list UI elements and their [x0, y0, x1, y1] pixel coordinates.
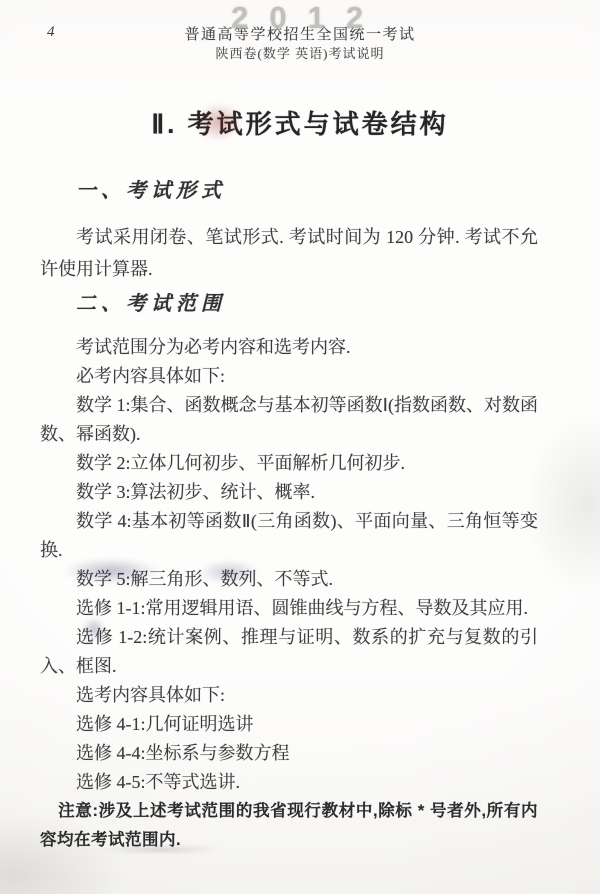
optional-item-elective4-1: 选修 4-1:几何证明选讲 — [40, 710, 538, 739]
required-item-math2: 数学 2:立体几何初步、平面解析几何初步. — [40, 449, 538, 478]
required-item-elective1-2: 选修 1-2:统计案例、推理与证明、数系的扩充与复数的引入、框图. — [40, 623, 538, 681]
optional-item-elective4-4: 选修 4-4:坐标系与参数方程 — [40, 739, 538, 768]
header-paper-name: 陕西卷(数学 英语)考试说明 — [0, 45, 600, 62]
required-content-label: 必考内容具体如下: — [40, 362, 538, 391]
required-item-math4: 数学 4:基本初等函数Ⅱ(三角函数)、平面向量、三角恒等变换. — [40, 507, 538, 565]
optional-item-elective4-5: 选修 4-5:不等式选讲. — [40, 768, 538, 797]
required-item-math1: 数学 1:集合、函数概念与基本初等函数Ⅰ(指数函数、对数函数、幂函数). — [40, 391, 538, 449]
section-heading-exam-scope: 二、考试范围 — [76, 292, 538, 316]
year-watermark: 2012 — [231, 0, 384, 36]
required-item-math3: 数学 3:算法初步、统计、概率. — [40, 478, 538, 507]
scope-intro: 考试范围分为必考内容和选考内容. — [40, 333, 538, 362]
paragraph-exam-form: 考试采用闭卷、笔试形式. 考试时间为 120 分钟. 考试不允许使用计算器. — [40, 221, 538, 285]
scanned-document-page: 2012 4 普通高等学校招生全国统一考试 陕西卷(数学 英语)考试说明 Ⅱ. … — [0, 0, 600, 894]
exam-scope-block: 考试范围分为必考内容和选考内容. 必考内容具体如下: 数学 1:集合、函数概念与… — [40, 333, 538, 855]
required-item-elective1-1: 选修 1-1:常用逻辑用语、圆锥曲线与方程、导数及其应用. — [40, 594, 538, 623]
section-heading-exam-form: 一、考试形式 — [76, 179, 538, 203]
page-number: 4 — [47, 24, 55, 41]
document-body: 一、考试形式 考试采用闭卷、笔试形式. 考试时间为 120 分钟. 考试不允许使… — [0, 179, 600, 855]
required-item-math5: 数学 5:解三角形、数列、不等式. — [40, 565, 538, 594]
optional-content-label: 选考内容具体如下: — [40, 681, 538, 710]
scope-note: 注意:涉及上述考试范围的我省现行教材中,除标 * 号者外,所有内容均在考试范围内… — [40, 797, 538, 855]
page-title: Ⅱ. 考试形式与试卷结构 — [0, 107, 600, 141]
